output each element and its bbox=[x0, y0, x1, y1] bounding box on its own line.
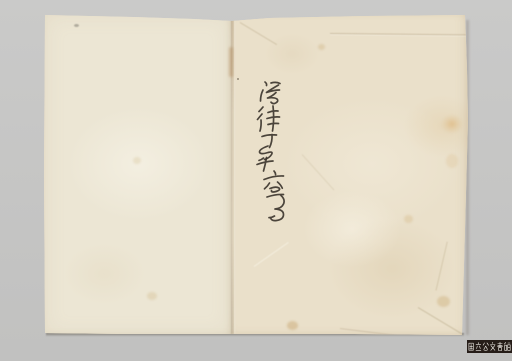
stain bbox=[437, 296, 450, 307]
calligraphy-law-number bbox=[250, 76, 294, 222]
pencil-speck bbox=[74, 24, 79, 27]
calligraphy-char-2 bbox=[258, 106, 280, 131]
watermark-char-6 bbox=[504, 343, 510, 351]
stain bbox=[318, 44, 325, 50]
watermark-char-4 bbox=[490, 342, 495, 350]
calligraphy-char-6 bbox=[267, 187, 284, 221]
watermark-english-label: National Archives of Japan bbox=[467, 354, 512, 361]
stain bbox=[446, 154, 458, 168]
watermark-kanji-block: 国立公文書館 bbox=[467, 340, 512, 353]
watermark-char-5 bbox=[498, 342, 503, 350]
watermark-char-3 bbox=[483, 343, 488, 350]
fold-stain bbox=[229, 47, 233, 77]
calligraphy-char-1 bbox=[261, 82, 281, 104]
naj-watermark: 国立公文書館 National Archives of Japan bbox=[467, 340, 512, 361]
watermark-char-1 bbox=[469, 343, 473, 350]
stain bbox=[147, 292, 157, 300]
watermark-char-2 bbox=[476, 343, 481, 351]
calligraphy-char-3 bbox=[259, 135, 277, 161]
stain bbox=[404, 215, 413, 223]
stain bbox=[133, 157, 141, 164]
ink-speck bbox=[237, 78, 239, 80]
left-page bbox=[44, 14, 232, 336]
calligraphy-char-5 bbox=[264, 171, 284, 189]
folded-paper-sheet: 法律第十六号 bbox=[44, 14, 468, 336]
stain bbox=[287, 321, 298, 330]
watermark-kanji-graphic bbox=[467, 340, 512, 353]
stain bbox=[441, 114, 463, 134]
scanned-document-view: 法律第十六号 国立公文書館 National Archives of Japan bbox=[0, 0, 512, 361]
